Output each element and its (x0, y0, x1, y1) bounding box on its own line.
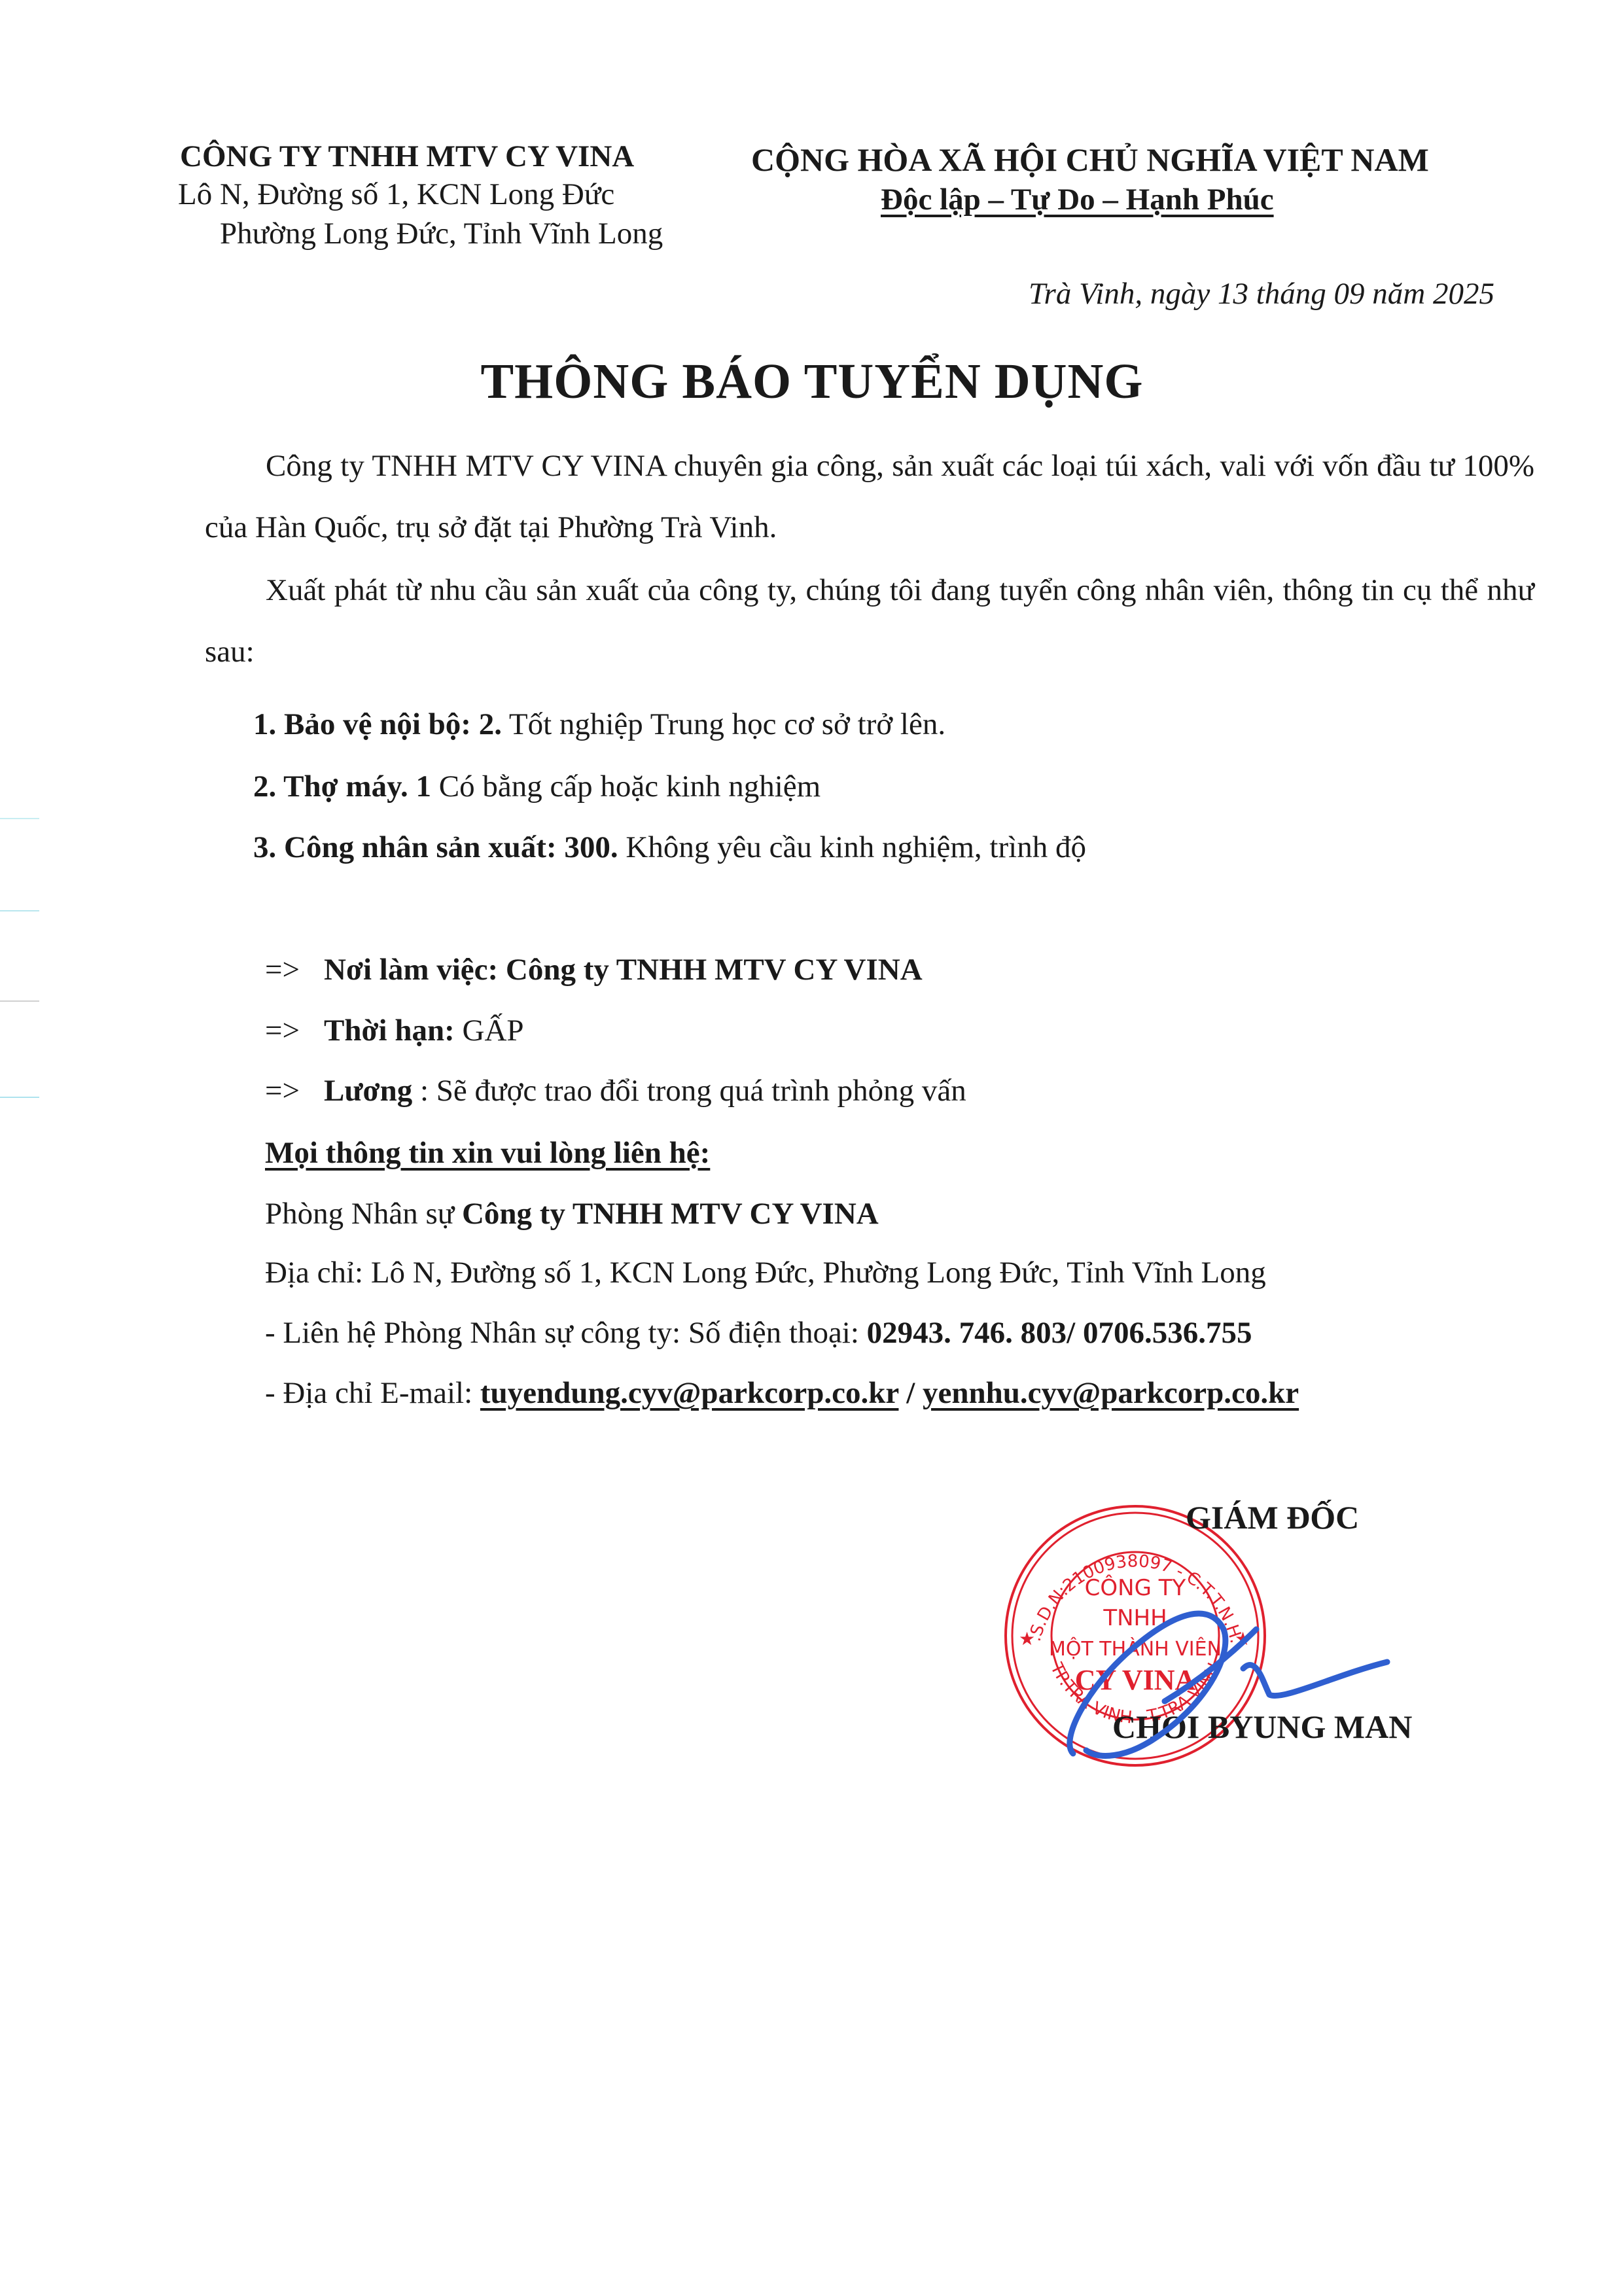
contact-department: Phòng Nhân sự Công ty TNHH MTV CY VINA (265, 1196, 879, 1231)
national-title: CỘNG HÒA XÃ HỘI CHỦ NGHĨA VIỆT NAM (751, 141, 1429, 179)
position-requirement: Có bằng cấp hoặc kinh nghiệm (431, 769, 821, 804)
arrow-icon: => (265, 952, 324, 987)
contact-dept-company: Công ty TNHH MTV CY VINA (462, 1197, 879, 1231)
detail-label: Lương (324, 1074, 412, 1108)
detail-label: Thời hạn: (324, 1014, 455, 1048)
contact-address: Địa chỉ: Lô N, Đường số 1, KCN Long Đức,… (265, 1255, 1266, 1290)
scan-artifact (0, 910, 39, 911)
document-title: THÔNG BÁO TUYỂN DỤNG (0, 353, 1624, 410)
handwritten-signature (1047, 1590, 1439, 1767)
contact-phone-prefix: - Liên hệ Phòng Nhân sự công ty: Số điện… (265, 1316, 867, 1350)
position-label: 2. Thợ máy. 1 (253, 769, 431, 804)
position-item: 3. Công nhân sản xuất: 300. Không yêu cầ… (253, 830, 1086, 865)
signer-title: GIÁM ĐỐC (1186, 1498, 1359, 1536)
position-label: 3. Công nhân sản xuất: 300. (253, 830, 618, 864)
national-motto: Độc lập – Tự Do – Hạnh Phúc (881, 182, 1274, 217)
position-requirement: Không yêu cầu kinh nghiệm, trình độ (618, 830, 1086, 864)
arrow-icon: => (265, 1073, 324, 1108)
detail-deadline: =>Thời hạn: GẤP (265, 1013, 524, 1048)
position-item: 1. Bảo vệ nội bộ: 2. Tốt nghiệp Trung họ… (253, 707, 945, 742)
star-icon: ★ (1019, 1628, 1035, 1650)
arrow-icon: => (265, 1013, 324, 1048)
company-address-line-2: Phường Long Đức, Tỉnh Vĩnh Long (220, 216, 663, 251)
contact-dept-prefix: Phòng Nhân sự (265, 1197, 462, 1231)
company-address-line-1: Lô N, Đường số 1, KCN Long Đức (178, 177, 614, 212)
email-link-hr[interactable]: yennhu.cyv@parkcorp.co.kr (923, 1376, 1299, 1410)
detail-workplace: =>Nơi làm việc: Công ty TNHH MTV CY VINA (265, 952, 923, 987)
contact-heading: Mọi thông tin xin vui lòng liên hệ: (265, 1135, 710, 1171)
position-item: 2. Thợ máy. 1 Có bằng cấp hoặc kinh nghi… (253, 769, 821, 804)
intro-paragraph-2: Xuất phát từ nhu cầu sản xuất của công t… (205, 559, 1534, 682)
detail-salary: =>Lương : Sẽ được trao đổi trong quá trì… (265, 1073, 966, 1108)
scan-artifact (0, 1097, 39, 1098)
contact-email-prefix: - Địa chỉ E-mail: (265, 1376, 480, 1410)
email-link-recruitment[interactable]: tuyendung.cyv@parkcorp.co.kr (480, 1376, 899, 1410)
company-name: CÔNG TY TNHH MTV CY VINA (180, 139, 634, 174)
scan-artifact (0, 818, 39, 819)
detail-value: GẤP (455, 1014, 524, 1048)
position-label: 1. Bảo vệ nội bộ: 2. (253, 707, 502, 741)
detail-value: : Sẽ được trao đổi trong quá trình phỏng… (412, 1074, 966, 1108)
date-line: Trà Vinh, ngày 13 tháng 09 năm 2025 (1029, 276, 1494, 311)
contact-email: - Địa chỉ E-mail: tuyendung.cyv@parkcorp… (265, 1375, 1299, 1411)
position-requirement: Tốt nghiệp Trung học cơ sở trở lên. (502, 707, 945, 741)
email-separator: / (898, 1376, 923, 1410)
phone-numbers: 02943. 746. 803/ 0706.536.755 (867, 1316, 1252, 1350)
contact-phone: - Liên hệ Phòng Nhân sự công ty: Số điện… (265, 1315, 1252, 1351)
detail-label: Nơi làm việc: Công ty TNHH MTV CY VINA (324, 953, 923, 987)
intro-paragraph-1: Công ty TNHH MTV CY VINA chuyên gia công… (205, 435, 1534, 558)
scan-artifact (0, 1000, 39, 1002)
